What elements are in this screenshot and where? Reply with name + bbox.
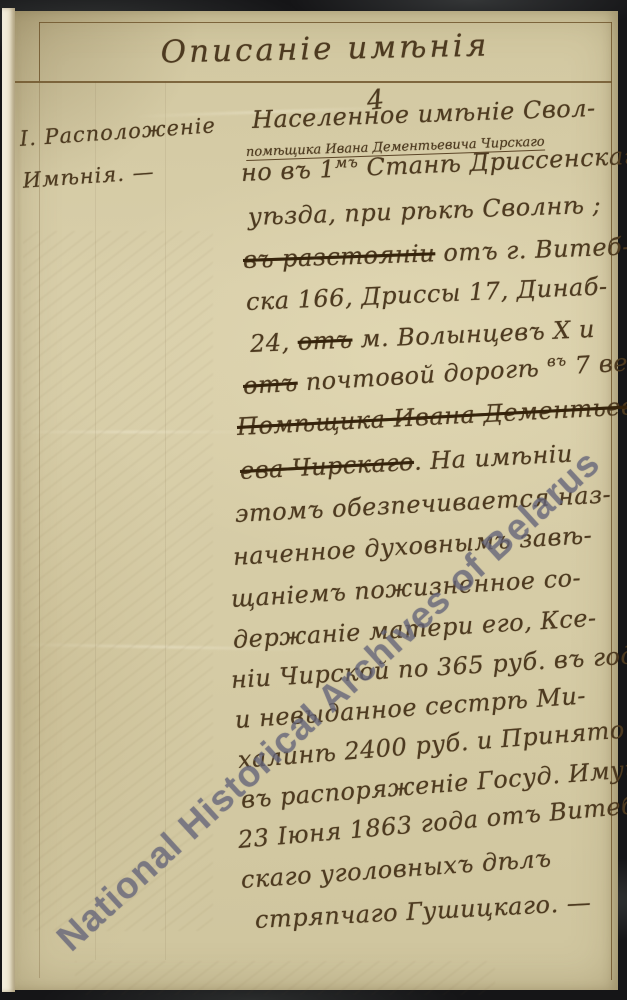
handwritten-text: ска 166, Дриссы 17, Динаб- (245, 272, 608, 316)
struck-text: въ разстояніи (243, 239, 436, 274)
handwritten-text: почтовой дорогѣ (297, 353, 548, 396)
handwritten-text: скаго уголовныхъ дѣлъ (240, 844, 552, 894)
struck-text: ева Чирскаго (239, 448, 414, 485)
text-line: ева Чирскаго. На имѣніи (239, 440, 573, 485)
handwritten-text: Населенное имѣніе Свол- (252, 94, 597, 134)
paper-fold-shadow (18, 11, 20, 990)
frame-rule-left-faint (39, 81, 40, 978)
handwritten-text: 7 верстахъ (566, 342, 627, 380)
text-line: въ разстояніи отъ г. Витеб- (243, 232, 627, 274)
handwritten-text: но въ 1 (240, 155, 335, 187)
text-line: ска 166, Дриссы 17, Динаб- (245, 272, 608, 316)
struck-text: Помѣщика Ивана Дементьев- (236, 392, 627, 441)
handwritten-text: стряпчаго Гушицкаго. — (254, 888, 592, 934)
margin-section-note: I. РасположеніеИмѣнія. — (18, 104, 220, 202)
struck-text: отъ (242, 369, 298, 400)
superscript-insertion: въ (546, 351, 567, 370)
text-line: уѣзда, при рѣкѣ Сволнѣ ; (248, 191, 602, 231)
handwritten-text: уѣзда, при рѣкѣ Сволнѣ ; (248, 191, 602, 231)
page-title: Описаніе имѣнія (110, 27, 541, 72)
book-page-edge (2, 8, 15, 992)
text-line: Помѣщика Ивана Дементьев- (236, 392, 627, 441)
frame-rule-top (39, 22, 612, 23)
manuscript-page: Описаніе имѣнія 4 I. РасположеніеИмѣнія.… (15, 11, 618, 990)
frame-rule-under-title (15, 81, 612, 83)
text-line: скаго уголовныхъ дѣлъ (240, 844, 552, 894)
text-line: стряпчаго Гушицкаго. — (254, 888, 592, 934)
struck-text: отъ (297, 326, 353, 356)
superscript-insertion: мъ (335, 153, 359, 172)
bleed-through-writing (75, 961, 495, 995)
handwritten-text: м. Волынцевъ X и (352, 315, 596, 354)
frame-rule-left (39, 22, 40, 81)
handwritten-text: отъ г. Витеб- (435, 232, 627, 267)
handwritten-text: 24, (249, 328, 298, 358)
text-line: Населенное имѣніе Свол- (252, 94, 597, 134)
